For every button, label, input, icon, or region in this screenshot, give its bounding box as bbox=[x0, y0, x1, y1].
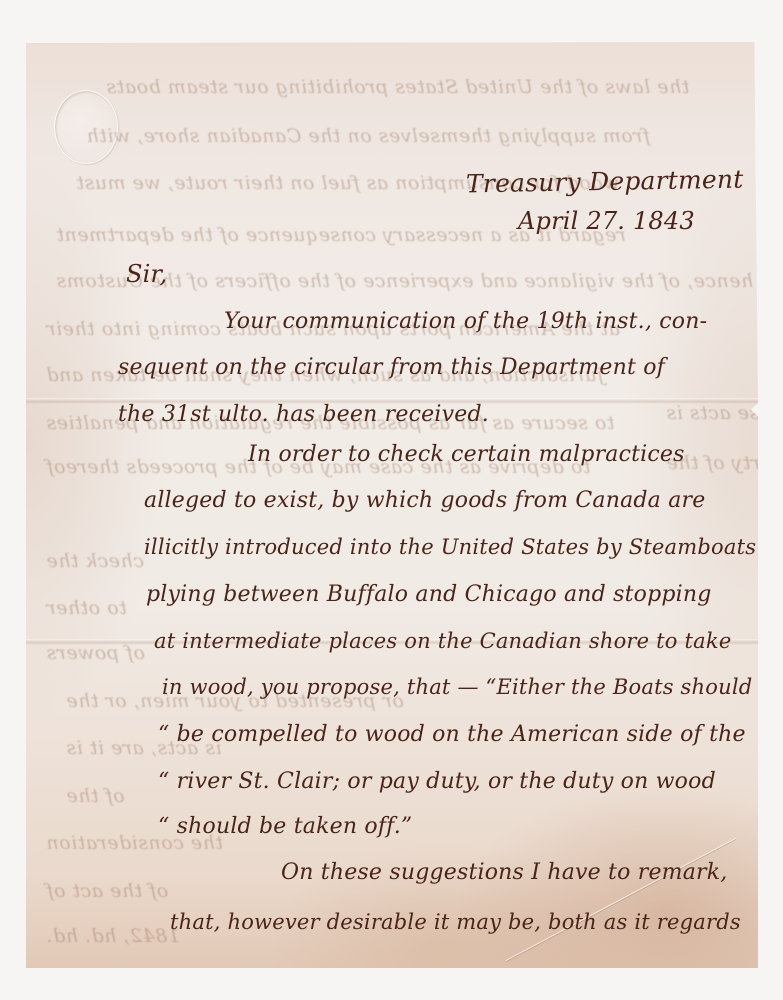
bleed-through-line: to other bbox=[46, 597, 127, 619]
salutation: Sir, bbox=[126, 260, 167, 288]
bleed-through-line: from supplying themselves on the Canadia… bbox=[86, 125, 650, 147]
body-line-5: alleged to exist, by which goods from Ca… bbox=[144, 488, 705, 513]
body-line-14: that, however desirable it may be, both … bbox=[170, 910, 741, 934]
body-line-12: “ should be taken off.” bbox=[158, 814, 412, 839]
body-line-7: plying between Buffalo and Chicago and s… bbox=[146, 582, 712, 607]
letter-date: April 27. 1843 bbox=[518, 207, 695, 235]
bleed-through-line: these acts is bbox=[666, 402, 758, 424]
bleed-through-line: 1842, hd. hd. bbox=[46, 925, 180, 947]
bleed-through-line: the laws of the United States prohibitin… bbox=[106, 76, 689, 98]
bleed-through-line: of the act of bbox=[46, 880, 168, 902]
body-line-2: sequent on the circular from this Depart… bbox=[118, 355, 665, 380]
bleed-through-line: check the bbox=[46, 550, 144, 572]
body-line-8: at intermediate places on the Canadian s… bbox=[154, 629, 731, 653]
bleed-through-line: of powers bbox=[46, 642, 145, 664]
body-line-4: In order to check certain malpractices bbox=[248, 442, 685, 467]
body-line-10: “ be compelled to wood on the American s… bbox=[158, 722, 746, 747]
body-line-1: Your communication of the 19th inst., co… bbox=[224, 309, 707, 334]
department-heading: Treasury Department bbox=[466, 165, 744, 199]
bleed-through-line: of the bbox=[66, 785, 125, 807]
letter-page: the laws of the United States prohibitin… bbox=[26, 42, 758, 968]
body-line-6: illicitly introduced into the United Sta… bbox=[144, 535, 756, 559]
body-line-9: in wood, you propose, that — “Either the… bbox=[162, 675, 752, 699]
body-line-3: the 31st ulto. has been received. bbox=[118, 402, 489, 427]
corner-crease bbox=[506, 838, 736, 961]
body-line-11: “ river St. Clair; or pay duty, or the d… bbox=[158, 769, 716, 794]
body-line-13: On these suggestions I have to remark, bbox=[281, 860, 727, 885]
